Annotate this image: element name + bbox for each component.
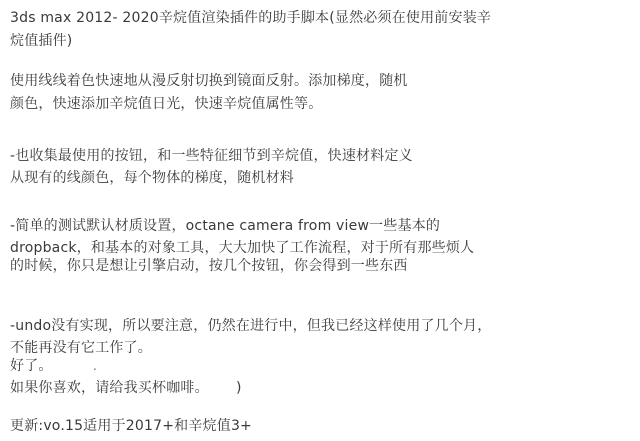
stray-dot: . — [93, 356, 97, 376]
heading-line-2: 烷值插件) — [10, 31, 72, 51]
para-buttons-line-1: -也收集最使用的按钮，和一些特征细节到辛烷值，快速材料定义 — [10, 146, 413, 166]
document-page: 3ds max 2012- 2020辛烷值渲染插件的助手脚本(显然必须在使用前安… — [0, 0, 640, 441]
para-workflow-line-2: dropback，和基本的对象工具，大大加快了工作流程，对于所有那些烦人 — [10, 238, 474, 258]
para-buttons-line-2: 从现有的线颜色，每个物体的梯度，随机材料 — [10, 168, 294, 188]
para-shading-line-1: 使用线线着色快速地从漫反射切换到镜面反射。添加梯度，随机 — [10, 71, 408, 91]
para-workflow-line-1: -简单的测试默认材质设置，octane camera from view一些基本… — [10, 216, 440, 236]
closing-ok-line: 好了。 — [10, 356, 53, 376]
para-workflow-line-3: 的时候，你只是想让引擎启动，按几个按钮，你会得到一些东西 — [10, 256, 408, 276]
closing-coffee-line: 如果你喜欢，请给我买杯咖啡。 — [10, 378, 209, 398]
heading-line-1: 3ds max 2012- 2020辛烷值渲染插件的助手脚本(显然必须在使用前安… — [10, 8, 491, 28]
para-undo-line-1: -undo没有实现，所以要注意，仍然在进行中，但我已经这样使用了几个月， — [10, 316, 491, 336]
closing-paren: ) — [236, 378, 241, 398]
para-undo-line-2: 不能再没有它工作了。 — [10, 338, 152, 358]
para-shading-line-2: 颜色，快速添加辛烷值日光，快速辛烷值属性等。 — [10, 94, 322, 114]
update-version-line: 更新:vo.15适用于2017+和辛烷值3+ — [10, 416, 252, 436]
